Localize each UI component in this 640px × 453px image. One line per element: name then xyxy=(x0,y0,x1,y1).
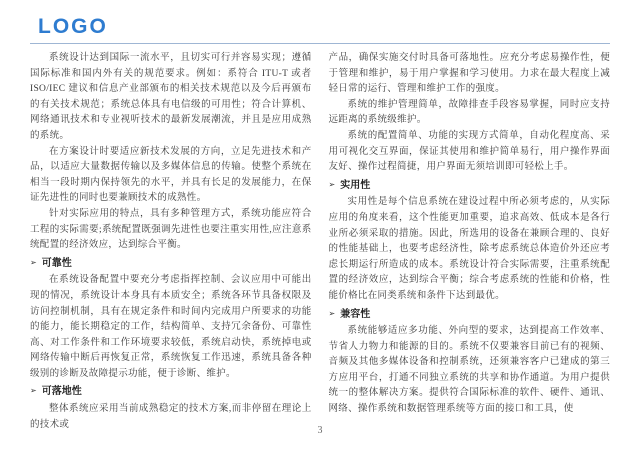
heading-reliability: ➢ 可靠性 xyxy=(30,256,312,272)
arrow-bullet-icon: ➢ xyxy=(30,383,37,399)
heading-practicality: ➢ 实用性 xyxy=(329,178,611,194)
paragraph: 系统的维护管理简单，故障排查手段容易掌握，同时应支持远距离的系统级维护。 xyxy=(329,98,611,129)
paragraph-continued: 产品，确保实施交付时具备可落地性。应充分考虑易操作性，便于管理和维护，易于用户掌… xyxy=(329,51,611,98)
page-header: LOGO xyxy=(30,16,610,44)
paragraph: 在系统设备配置中要充分考虑指挥控制、会议应用中可能出现的情况，系统设计本身具有本… xyxy=(30,273,312,382)
page-number: 3 xyxy=(0,425,640,436)
paragraph: 针对实际应用的特点，具有多种管理方式，系统功能应符合工程的实际需要;系统配置既强… xyxy=(30,207,312,254)
heading-label: 兼容性 xyxy=(340,307,370,323)
right-column: 产品，确保实施交付时具备可落地性。应充分考虑易操作性，便于管理和维护，易于用户掌… xyxy=(329,51,611,433)
heading-landability: ➢ 可落地性 xyxy=(30,384,312,400)
logo: LOGO xyxy=(30,16,610,37)
arrow-bullet-icon: ➢ xyxy=(329,177,336,193)
paragraph: 在方案设计时要适应新技术发展的方向，立足先进技术和产品，以适应大量数据传输以及多… xyxy=(30,145,312,207)
heading-compatibility: ➢ 兼容性 xyxy=(329,307,611,323)
header-rule xyxy=(30,43,610,44)
arrow-bullet-icon: ➢ xyxy=(329,306,336,322)
document-page: LOGO 系统设计达到国际一流水平，且切实可行并容易实现；遵循国际标准和国内外有… xyxy=(0,0,640,453)
heading-label: 实用性 xyxy=(340,178,370,194)
paragraph: 系统设计达到国际一流水平，且切实可行并容易实现；遵循国际标准和国内外有关的规范要… xyxy=(30,51,312,145)
arrow-bullet-icon: ➢ xyxy=(30,255,37,271)
heading-label: 可靠性 xyxy=(42,256,72,272)
paragraph: 系统的配置简单、功能的实现方式简单，自动化程度高、采用可视化交互界面，保证其使用… xyxy=(329,129,611,176)
heading-label: 可落地性 xyxy=(42,384,82,400)
paragraph: 实用性是每个信息系统在建设过程中所必须考虑的，从实际应用的角度来看，这个性能更加… xyxy=(329,195,611,304)
document-body: 系统设计达到国际一流水平，且切实可行并容易实现；遵循国际标准和国内外有关的规范要… xyxy=(30,51,610,433)
left-column: 系统设计达到国际一流水平，且切实可行并容易实现；遵循国际标准和国内外有关的规范要… xyxy=(30,51,312,433)
paragraph: 系统能够适应多功能、外向型的要求，达到提高工作效率、节省人力物力和能源的目的。系… xyxy=(329,324,611,418)
